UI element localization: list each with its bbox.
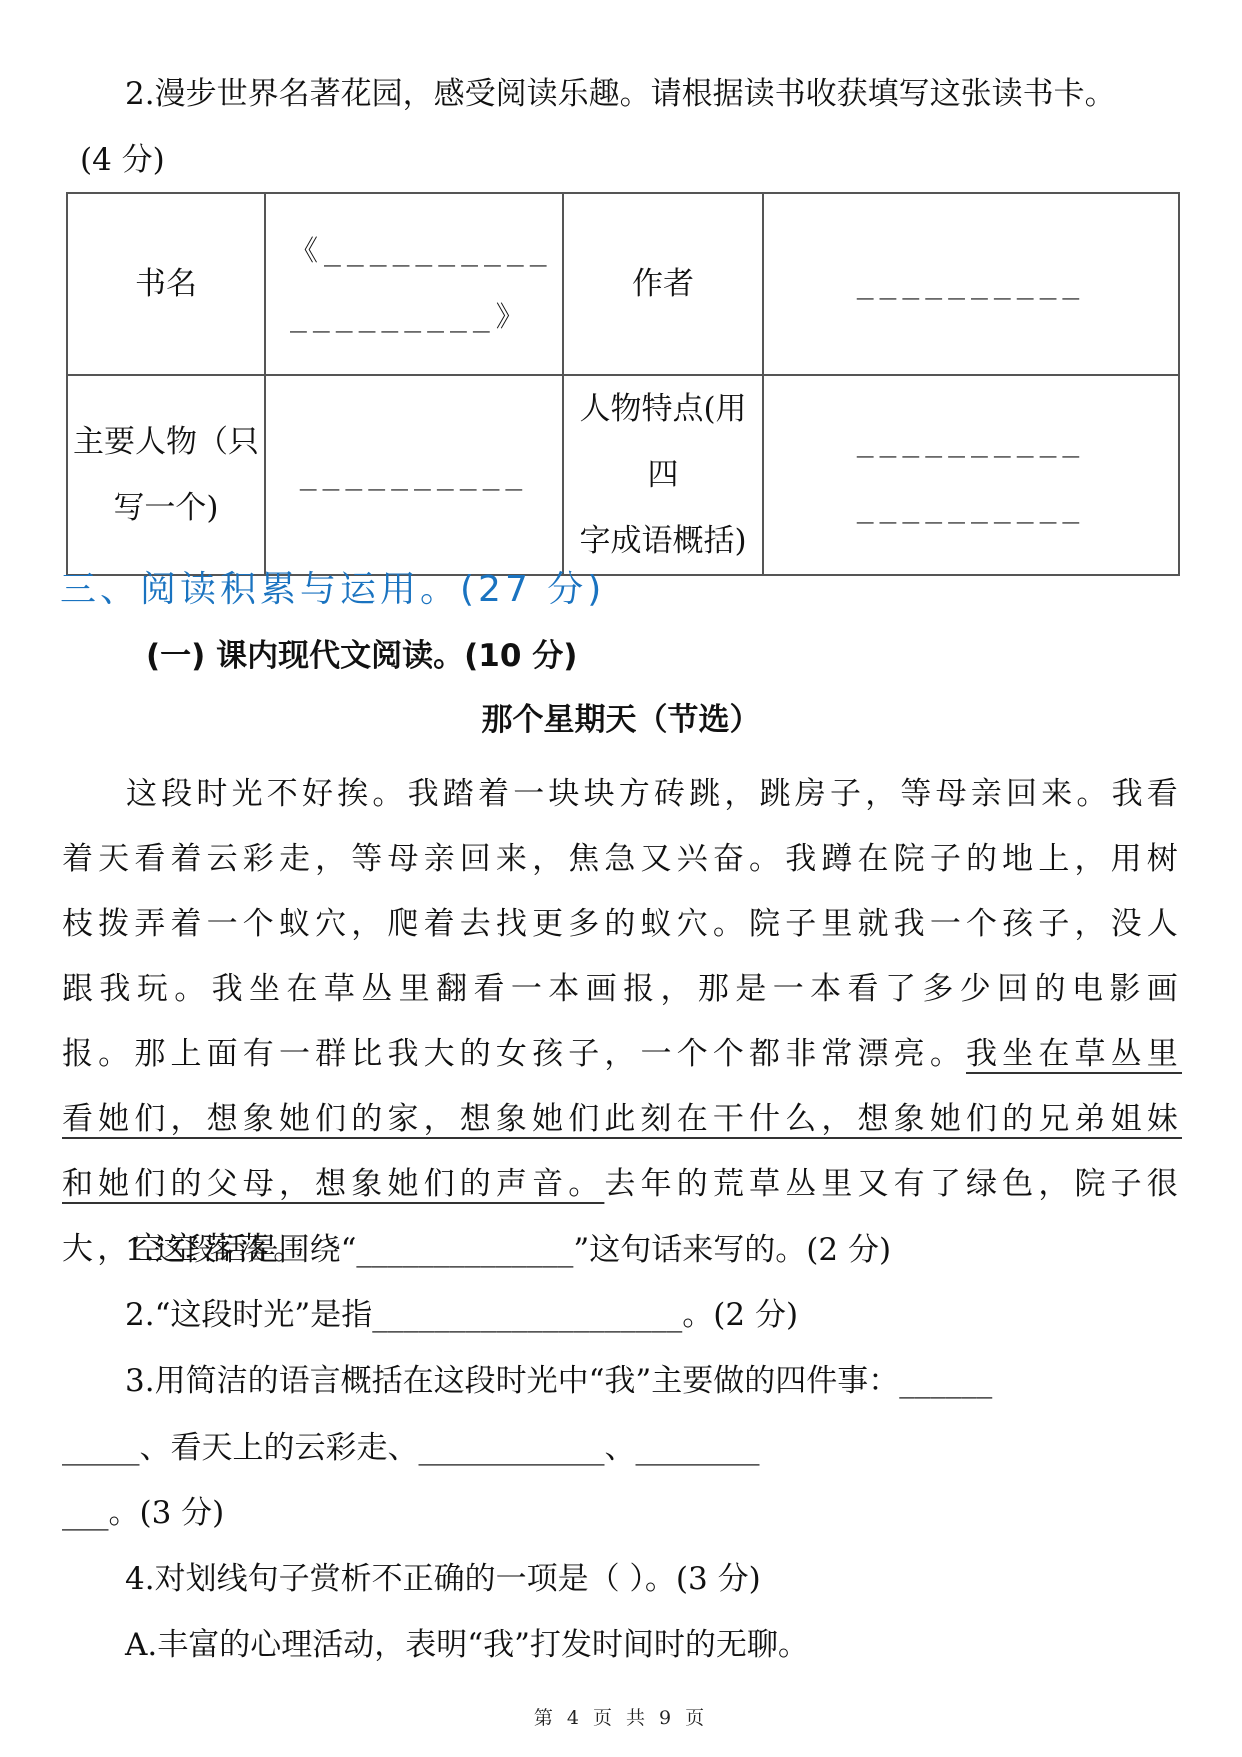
main-character-blank[interactable]: __________ (266, 442, 562, 508)
label-book-title: 书名 (67, 193, 265, 375)
question-3-line2: _____、看天上的云彩走、____________、________ (62, 1428, 760, 1468)
question-2-score: (4 分) (80, 140, 165, 180)
question-2-prompt: 2.漫步世界名著花园，感受阅读乐趣。请根据读书收获填写这张读书卡。 (125, 74, 1116, 114)
page-footer: 第 4 页 共 9 页 (0, 1706, 1242, 1730)
character-traits-blank-2[interactable]: __________ (764, 475, 1178, 541)
passage-title: 那个星期天（节选） (0, 700, 1242, 740)
book-title-field[interactable]: 《__________ _________》 (265, 193, 563, 375)
label-character-traits: 人物特点(用四 字成语概括) (563, 375, 763, 575)
label-main-character-line1: 主要人物（只 (68, 409, 264, 475)
label-author: 作者 (563, 193, 763, 375)
question-1: 1.这段话是围绕“______________”这句话来写的。(2 分) (125, 1230, 891, 1270)
label-main-character-line2: 写一个) (68, 475, 264, 541)
option-a[interactable]: A.丰富的心理活动，表明“我”打发时间时的无聊。 (125, 1625, 809, 1665)
label-character-traits-line2: 字成语概括) (564, 508, 762, 574)
label-character-traits-line1: 人物特点(用四 (564, 376, 762, 508)
reading-card-row-2: 主要人物（只 写一个) __________ 人物特点(用四 字成语概括) __… (67, 375, 1179, 575)
passage-text: 这段时光不好挨。我踏着一块块方砖跳，跳房子，等母亲回来。我看着天看着云彩走，等母… (62, 762, 1182, 1282)
question-3-line1: 3.用简洁的语言概括在这段时光中“我”主要做的四件事：______ (125, 1361, 992, 1401)
reading-card-row-1: 书名 《__________ _________》 作者 __________ (67, 193, 1179, 375)
label-main-character: 主要人物（只 写一个) (67, 375, 265, 575)
character-traits-field[interactable]: __________ __________ (763, 375, 1179, 575)
passage-part-1: 这段时光不好挨。我踏着一块块方砖跳，跳房子，等母亲回来。我看着天看着云彩走，等母… (62, 776, 1182, 1072)
book-title-blank-line2[interactable]: _________》 (290, 284, 562, 350)
main-character-field[interactable]: __________ (265, 375, 563, 575)
sub-section-heading: (一) 课内现代文阅读。(10 分) (146, 636, 577, 676)
question-3-line3: ___。(3 分) (62, 1493, 224, 1533)
author-field[interactable]: __________ (763, 193, 1179, 375)
book-title-blank-line1[interactable]: 《__________ (290, 218, 562, 284)
question-4: 4.对划线句子赏析不正确的一项是（ ）。(3 分) (125, 1559, 761, 1599)
author-blank[interactable]: __________ (764, 251, 1178, 317)
question-2: 2.“这段时光”是指____________________。(2 分) (125, 1295, 798, 1335)
character-traits-blank-1[interactable]: __________ (764, 409, 1178, 475)
section-heading: 三、阅读积累与运用。(27 分) (60, 566, 605, 614)
reading-card-table: 书名 《__________ _________》 作者 __________ … (66, 192, 1180, 576)
